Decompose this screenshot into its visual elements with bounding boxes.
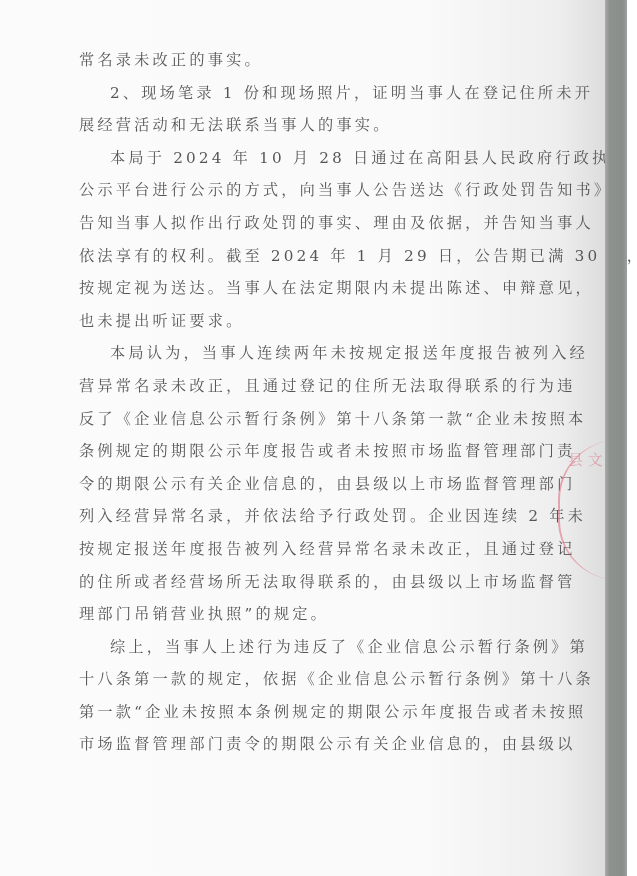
text-line: 按规定视为送达。当事人在法定期限内未提出陈述、申辩意见，	[79, 272, 549, 305]
text-line: 令的期限公示有关企业信息的，由县级以上市场监督管理部门	[79, 468, 549, 501]
text-line: 也未提出听证要求。	[79, 305, 549, 338]
scanned-page: 常名录未改正的事实。 2、现场笔录 1 份和现场照片，证明当事人在登记住所未开 …	[0, 0, 607, 876]
text-line: 的住所或者经营场所无法取得联系的，由县级以上市场监督管	[79, 566, 549, 599]
text-line: 反了《企业信息公示暂行条例》第十八条第一款“企业未按照本	[79, 403, 549, 436]
text-line: 本局于 2024 年 10 月 28 日通过在高阳县人民政府行政执法	[79, 142, 549, 175]
text-line: 2、现场笔录 1 份和现场照片，证明当事人在登记住所未开	[79, 77, 549, 110]
text-line: 告知当事人拟作出行政处罚的事实、理由及依据，并告知当事人	[79, 207, 549, 240]
text-line: 市场监督管理部门责令的期限公示有关企业信息的，由县级以	[79, 728, 549, 761]
text-line: 依法享有的权利。截至 2024 年 1 月 29 日，公告期已满 30 日，	[79, 240, 549, 273]
text-line: 本局认为，当事人连续两年未按规定报送年度报告被列入经	[79, 337, 549, 370]
text-line: 营异常名录未改正，且通过登记的住所无法取得联系的行为违	[79, 370, 549, 403]
text-line: 综上，当事人上述行为违反了《企业信息公示暂行条例》第	[79, 631, 549, 664]
text-line: 第一款“企业未按照本条例规定的期限公示年度报告或者未按照	[79, 696, 549, 729]
text-line: 按规定报送年度报告被列入经营异常名录未改正，且通过登记	[79, 533, 549, 566]
text-line: 列入经营异常名录，并依法给予行政处罚。企业因连续 2 年未	[79, 500, 549, 533]
text-line: 十八条第一款的规定，依据《企业信息公示暂行条例》第十八条	[79, 663, 549, 696]
text-line: 常名录未改正的事实。	[79, 44, 549, 77]
document-body: 常名录未改正的事实。 2、现场笔录 1 份和现场照片，证明当事人在登记住所未开 …	[79, 44, 549, 761]
text-line: 理部门吊销营业执照”的规定。	[79, 598, 549, 631]
text-line: 条例规定的期限公示年度报告或者未按照市场监督管理部门责	[79, 435, 549, 468]
text-line: 展经营活动和无法联系当事人的事实。	[79, 109, 549, 142]
text-line: 公示平台进行公示的方式，向当事人公告送达《行政处罚告知书》，	[79, 174, 549, 207]
page-edge-shadow	[605, 0, 627, 876]
